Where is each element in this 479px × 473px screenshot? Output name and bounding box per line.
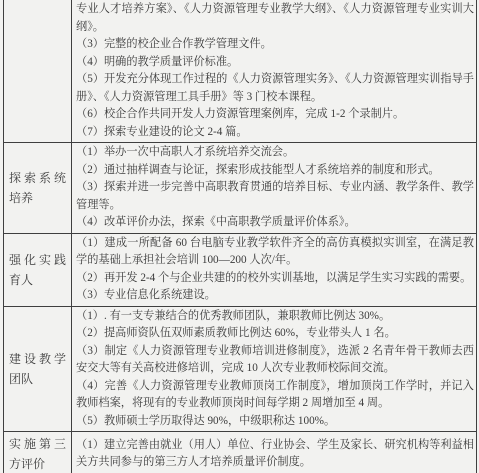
table-row: 强化实践育人 （1）建成一所配备 60 台电脑专业教学软件齐全的高仿真模拟实训室… [4,233,477,306]
row-label: 建设教学团队 [9,349,66,389]
development-plan-table: 专业人才培养方案》、《人力资源管理专业教学大纲》、《人力资源管理专业实训大纲》。… [3,0,477,473]
row-label-cell: 强化实践育人 [4,233,72,306]
task-item: （1）建立完善由就业（用人）单位、行业协会、学生及家长、研究机构等利益相关方共同… [76,437,474,472]
task-item: （3）制定《人力资源管理专业教师培训进修制度》，选派 2 名青年骨干教师去西安交… [76,343,474,378]
task-item: （3）探索并进一步完善中高职教育贯通的培养目标、专业内涵、教学条件、教学管理等。 [76,179,474,214]
row-content-cell: （1）. 有一支专兼结合的优秀教师团队，兼职教师比例达 30%。（2）提高师资队… [72,306,477,432]
task-item: （1）举办一次中高职人才系统培养交流会。 [76,144,474,162]
table-row: 实施第三方评价 （1）建立完善由就业（用人）单位、行业协会、学生及家长、研究机构… [4,432,477,473]
row-label: 强化实践育人 [9,250,66,290]
row-label-cell [4,0,72,143]
document-page: 专业人才培养方案》、《人力资源管理专业教学大纲》、《人力资源管理专业实训大纲》。… [0,0,479,473]
table-row: 专业人才培养方案》、《人力资源管理专业教学大纲》、《人力资源管理专业实训大纲》。… [4,0,477,143]
table-row: 建设教学团队 （1）. 有一支专兼结合的优秀教师团队，兼职教师比例达 30%。（… [4,306,477,432]
task-item: （5）开发充分体现工作过程的《人力资源管理实务》、《人力资源管理实训指导手册》、… [76,71,474,106]
task-item: （4）改革评价办法，探索《中高职教学质量评价体系》。 [76,214,474,232]
task-item: 专业人才培养方案》、《人力资源管理专业教学大纲》、《人力资源管理专业实训大纲》。 [76,1,474,36]
task-item: （2）通过抽样调查与论证，探索形成技能型人才系统培养的制度和形式。 [76,162,474,180]
plan-table-body: 专业人才培养方案》、《人力资源管理专业教学大纲》、《人力资源管理专业实训大纲》。… [4,0,477,473]
task-item: （4）完善《人力资源管理专业教师顶岗工作制度》，增加顶岗工作学时，并记入教师档案… [76,378,474,413]
row-label-cell: 建设教学团队 [4,306,72,432]
row-content-cell: 专业人才培养方案》、《人力资源管理专业教学大纲》、《人力资源管理专业实训大纲》。… [72,0,477,143]
row-label: 实施第三方评价 [9,434,66,473]
task-item: （2）再开发 2-4 个与企业共建的的校外实训基地，以满足学生实习实践的需要。 [76,270,474,288]
task-item: （4）明确的教学质量评价标准。 [76,54,474,72]
task-item: （2）提高师资队伍双师素质教师比例达 60%，专业带头人 1 名。 [76,325,474,343]
row-label-cell: 探索系统培养 [4,143,72,234]
task-item: （3）专业信息化系统建设。 [76,287,474,305]
row-content-cell: （1）建立完善由就业（用人）单位、行业协会、学生及家长、研究机构等利益相关方共同… [72,432,477,473]
task-item: （1）建成一所配备 60 台电脑专业教学软件齐全的高仿真模拟实训室，在满足教学的… [76,235,474,270]
row-label: 探索系统培养 [9,168,66,208]
row-content-cell: （1）建成一所配备 60 台电脑专业教学软件齐全的高仿真模拟实训室，在满足教学的… [72,233,477,306]
task-item: （5）教师硕士学历取得达 90%，中级职称达 100%。 [76,413,474,431]
row-label-cell: 实施第三方评价 [4,432,72,473]
task-item: （7）探索专业建设的论文 2-4 篇。 [76,124,474,142]
task-item: （6）校企合作共同开发人力资源管理案例库，完成 1-2 个录制片。 [76,106,474,124]
task-item: （3）完整的校企业合作教学管理文件。 [76,36,474,54]
row-content-cell: （1）举办一次中高职人才系统培养交流会。（2）通过抽样调查与论证，探索形成技能型… [72,143,477,234]
table-row: 探索系统培养 （1）举办一次中高职人才系统培养交流会。（2）通过抽样调查与论证，… [4,143,477,234]
task-item: （1）. 有一支专兼结合的优秀教师团队，兼职教师比例达 30%。 [76,308,474,326]
